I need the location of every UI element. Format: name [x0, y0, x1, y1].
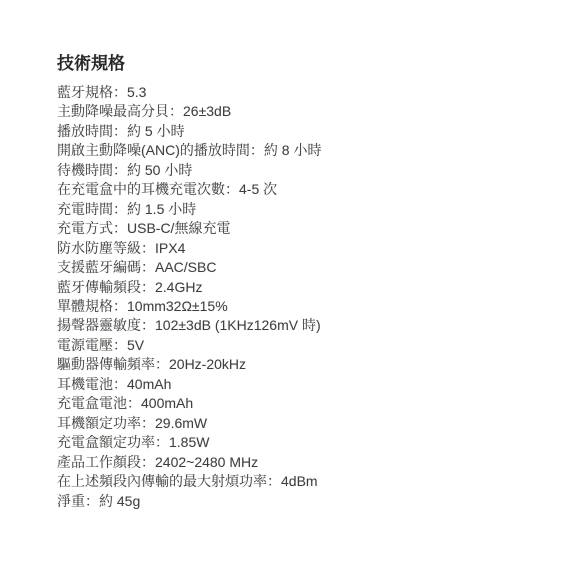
spec-line-codec-support: 支援藍牙編碼：AAC/SBC [57, 258, 517, 277]
spec-line-earbud-rated-power: 耳機額定功率：29.6mW [57, 414, 517, 433]
spec-content: 技術規格 藍牙規格：5.3 主動降噪最高分貝：26±3dB 播放時間：約 5 小… [57, 54, 517, 511]
spec-line-bluetooth-version: 藍牙規格：5.3 [57, 83, 517, 102]
spec-line-driver-spec: 單體規格：10mm32Ω±15% [57, 297, 517, 316]
spec-line-ip-rating: 防水防塵等級：IPX4 [57, 239, 517, 258]
spec-line-charge-time: 充電時間：約 1.5 小時 [57, 200, 517, 219]
spec-line-case-battery: 充電盒電池：400mAh [57, 394, 517, 413]
spec-line-earbud-battery: 耳機電池：40mAh [57, 375, 517, 394]
spec-line-standby-time: 待機時間：約 50 小時 [57, 161, 517, 180]
spec-line-case-rated-power: 充電盒額定功率：1.85W [57, 433, 517, 452]
page-title: 技術規格 [57, 54, 517, 74]
spec-line-power-voltage: 電源電壓：5V [57, 336, 517, 355]
spec-line-anc-max-db: 主動降噪最高分貝：26±3dB [57, 102, 517, 121]
spec-line-bt-frequency-band: 藍牙傳輸頻段：2.4GHz [57, 278, 517, 297]
spec-line-max-rf-power: 在上述頻段內傳輸的最大射煩功率：4dBm [57, 472, 517, 491]
spec-line-charge-method: 充電方式：USB-C/無線充電 [57, 219, 517, 238]
spec-line-playback-time: 播放時間：約 5 小時 [57, 122, 517, 141]
spec-line-case-recharge-count: 在充電盒中的耳機充電次數：4-5 次 [57, 180, 517, 199]
spec-line-net-weight: 淨重：約 45g [57, 492, 517, 511]
spec-list: 藍牙規格：5.3 主動降噪最高分貝：26±3dB 播放時間：約 5 小時 開啟主… [57, 83, 517, 511]
spec-line-anc-playback-time: 開啟主動降噪(ANC)的播放時間：約 8 小時 [57, 141, 517, 160]
spec-line-speaker-sensitivity: 揚聲器靈敏度：102±3dB (1KHz126mV 時) [57, 316, 517, 335]
spec-sheet-page: 技術規格 藍牙規格：5.3 主動降噪最高分貝：26±3dB 播放時間：約 5 小… [0, 0, 567, 567]
spec-line-operating-frequency-band: 產品工作顏段：2402~2480 MHz [57, 453, 517, 472]
spec-line-driver-frequency-response: 驅動器傳輸頻率：20Hz-20kHz [57, 355, 517, 374]
